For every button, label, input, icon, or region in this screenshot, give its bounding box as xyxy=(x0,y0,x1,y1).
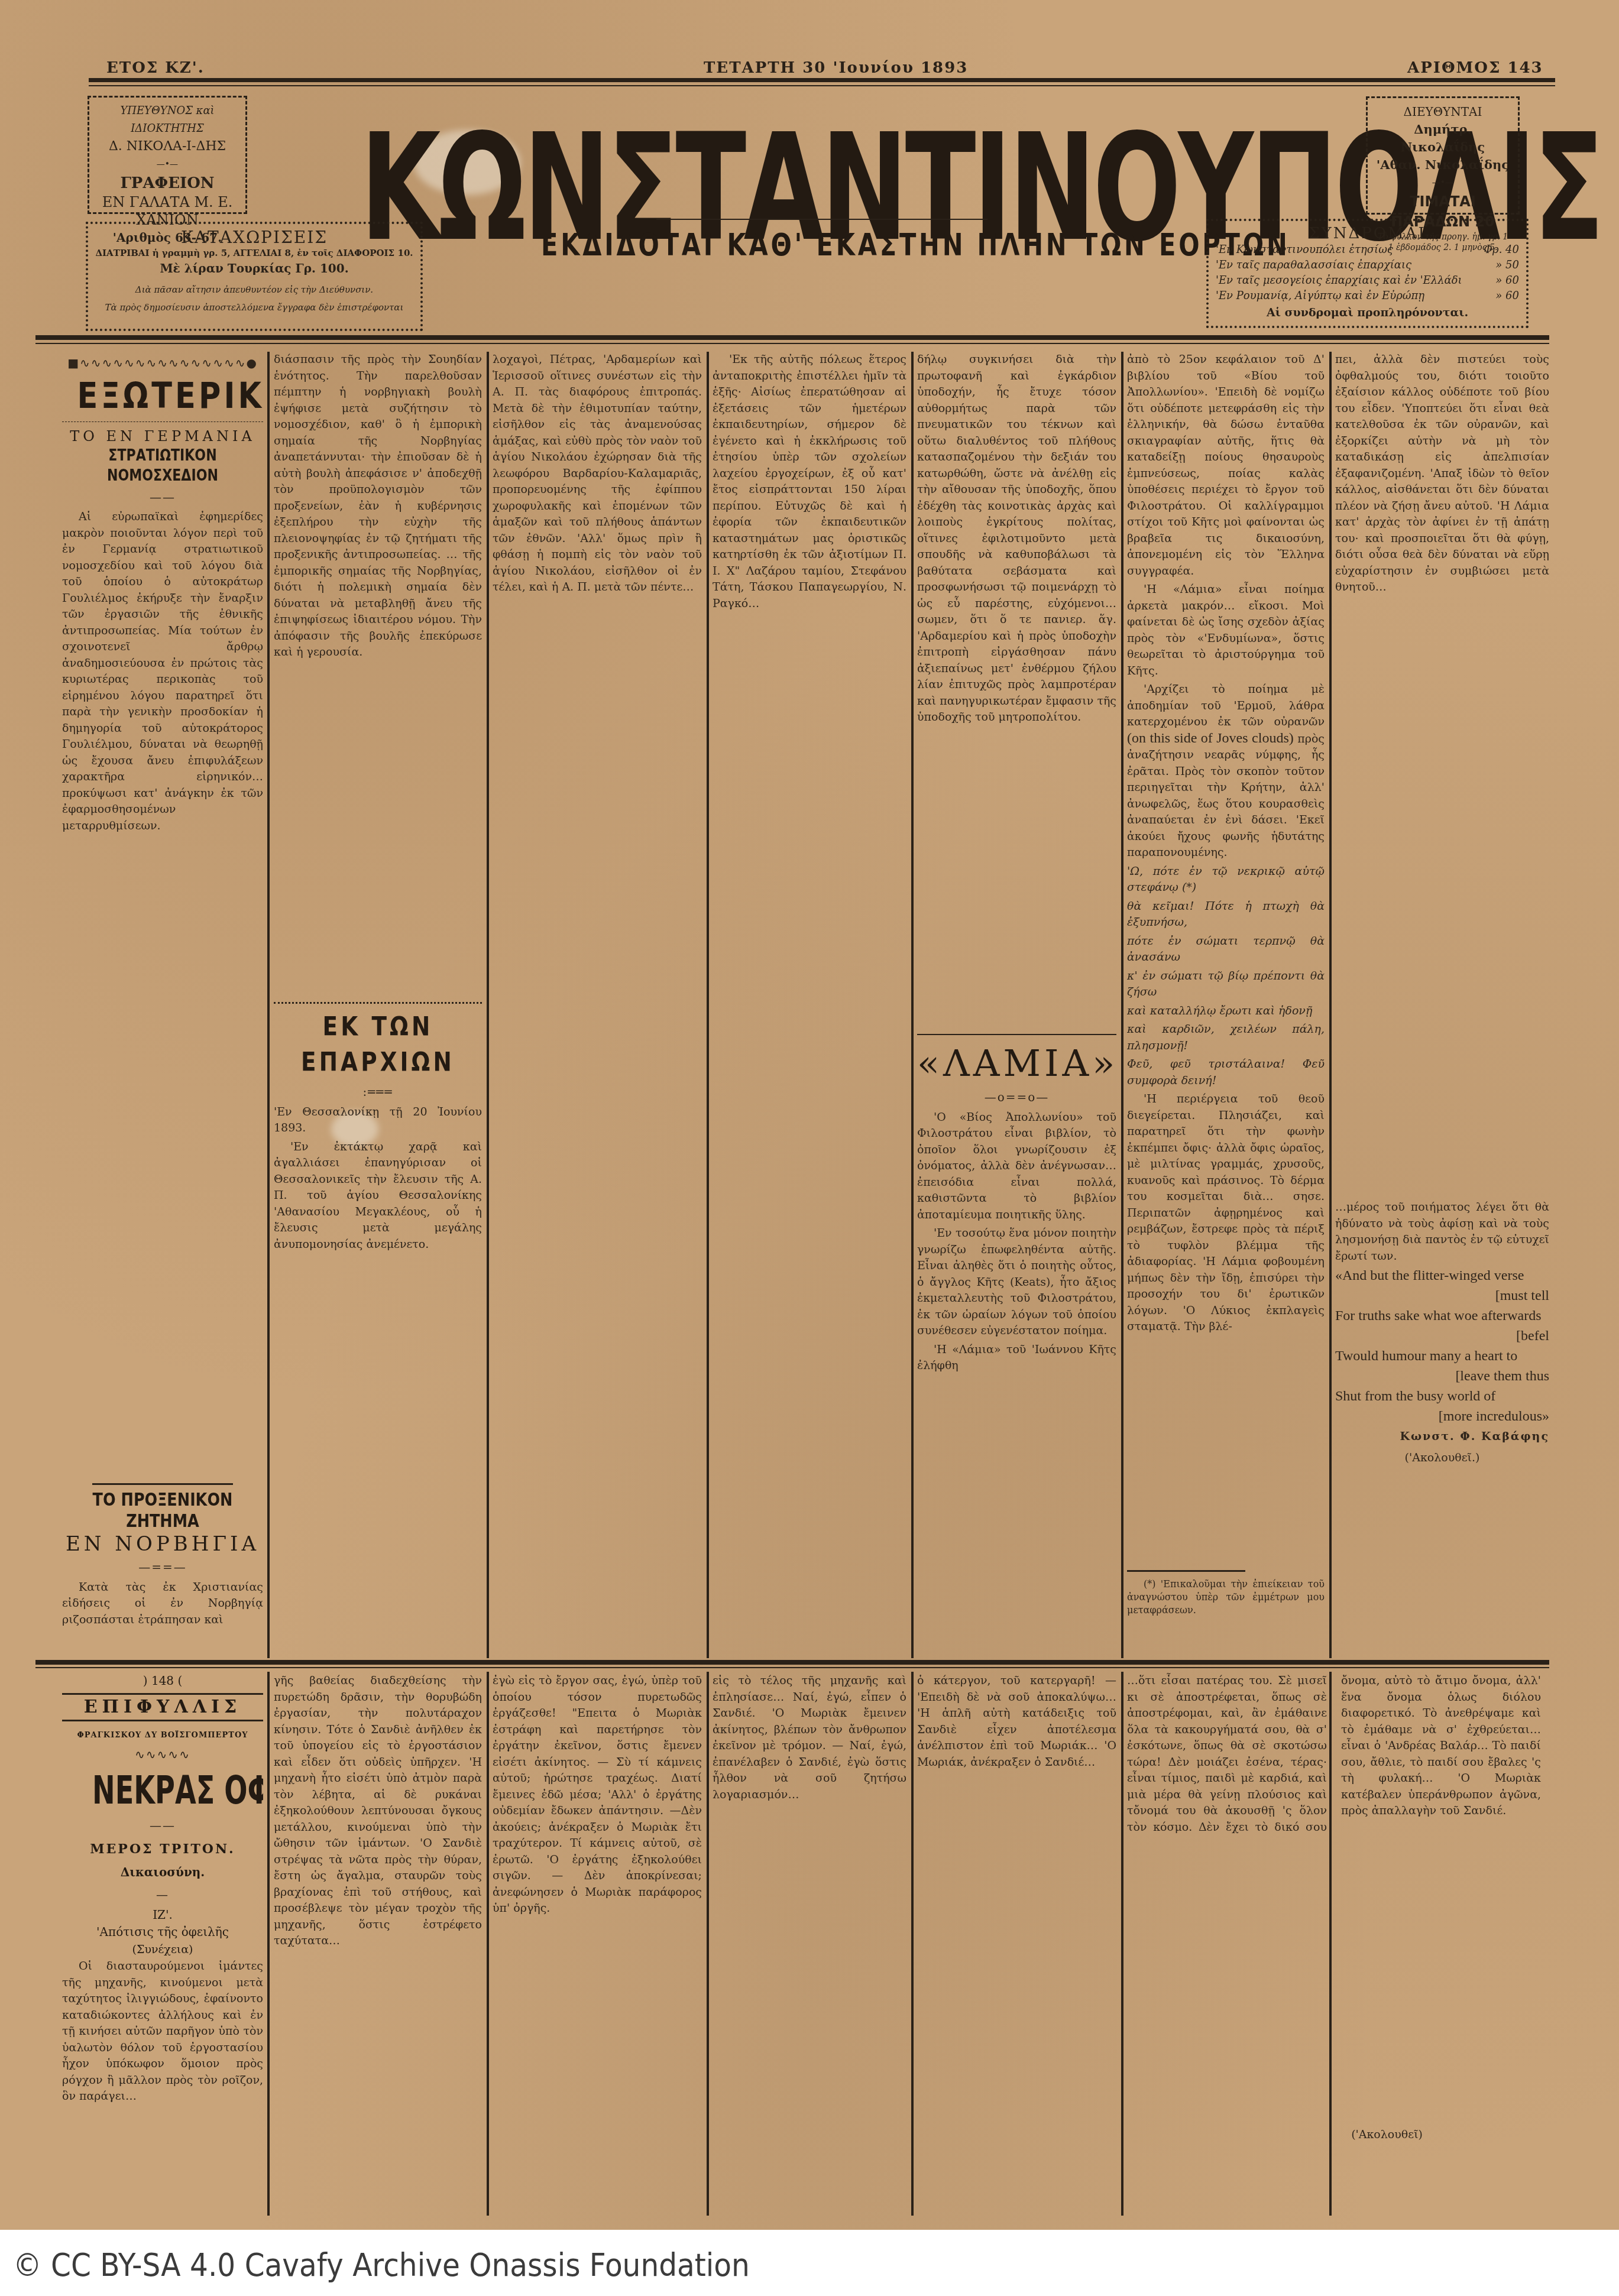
newspaper-page: ΕΤΟΣ ΚΖ'. ΤΕΤΑΡΤΗ 30 'Ιουνίου 1893 ΑΡΙΘΜ… xyxy=(0,0,1619,2230)
continued-note: ('Ακολουθεῖ.) xyxy=(1335,1450,1549,1467)
subscription-row: 'Εν Ρουμανίᾳ, Αἰγύπτῳ καὶ ἐν Εὐρώπῃ» 60 xyxy=(1216,288,1519,304)
verse-line: θὰ κεῖμαι! Πότε ἡ πτωχὴ θὰ ἐξυπνήσω, xyxy=(1127,899,1325,931)
verse-line: καὶ καταλλήλῳ ἔρωτι καὶ ἡδονῇ xyxy=(1127,1003,1325,1020)
advertising-rates-box: ΚΑΤΑΧΩΡΙΣΕΙΣ ΔΙΑΤΡΙΒΑΙ ἡ γραμμὴ γρ. 5, Α… xyxy=(86,222,423,331)
date-label: ΤΕΤΑΡΤΗ 30 'Ιουνίου 1893 xyxy=(704,59,968,77)
feuilleton-label: ΕΠΙΦΥΛΛΙΣ xyxy=(62,1696,263,1718)
column-rule xyxy=(267,1672,270,2216)
verse-line: Φεῦ, φεῦ τριστάλαινα! Φεῦ συμφορὰ δεινή! xyxy=(1127,1056,1325,1089)
column-provinces-2: λοχαγοὶ, Πέτρας, 'Αρδαμερίων καὶ Ἱερισσο… xyxy=(493,352,702,1658)
feuilleton-part: ΜΕΡΟΣ ΤΡΙΤΟΝ. xyxy=(62,1837,263,1861)
article-body: 'Η περιέργεια τοῦ θεοῦ διεγείρεται. Πλησ… xyxy=(1127,1091,1325,1564)
article-body: 'Αρχίζει τὸ ποίημα μὲ ἀποδημίαν τοῦ 'Ερμ… xyxy=(1127,682,1325,861)
column-rule xyxy=(267,352,270,1658)
feuilleton-body: γῆς βαθείας διαδεχθείσης τὴν πυρετώδη δρ… xyxy=(274,1673,482,1950)
headline-germany: ΤΟ ΕΝ ΓΕΡΜΑΝΙΑ xyxy=(62,427,263,446)
ornament-rule xyxy=(656,219,987,220)
director-name: Δημήτρ. Νικολαΐδης xyxy=(1372,121,1513,156)
article-body: διάσπασιν τῆς πρὸς τὴν Σουηδίαν ἑνότητος… xyxy=(274,352,482,996)
english-verse-line: [must tell xyxy=(1335,1287,1549,1305)
article-body: Αἱ εὐρωπαϊκαὶ ἐφημερίδες μακρὸν ποιοῦντα… xyxy=(62,509,263,1478)
chapter-number: ΙΖ'. xyxy=(62,1907,263,1924)
english-verse-line: [leave them thus xyxy=(1335,1367,1549,1385)
article-body: 'Εν ἐκτάκτῳ χαρᾷ καὶ ἀγαλλιάσει ἐπανηγύρ… xyxy=(274,1139,482,1253)
feuilleton-column: γῆς βαθείας διαδεχθείσης τὴν πυρετώδη δρ… xyxy=(274,1673,482,2217)
subscriptions-title: ΣΥΝΔΡΟΜΑΙ xyxy=(1216,225,1519,242)
publisher-box: ΥΠΕΥΘΥΝΟΣ καὶ ΙΔΙΟΚΤΗΤΗΣ Δ. ΝΙΚΟΛΑ-Ι-ΔΗΣ… xyxy=(88,96,247,214)
column-foreign-news: ■∿∿∿∿∿∿∿∿∿∿∿∿∿∿∿● ΕΞΩΤΕΡΙΚΑ ΤΟ ΕΝ ΓΕΡΜΑΝ… xyxy=(62,352,263,1658)
section-rule xyxy=(35,1660,1549,1665)
office-label: ΓΡΑΦΕΙΟΝ xyxy=(94,173,241,193)
director-name: 'Αθαν. Νικολαΐδης xyxy=(1372,156,1513,174)
section-rule xyxy=(35,1667,1549,1668)
verse-line: καὶ καρδιῶν, χειλέων πάλη, πλησμονῇ! xyxy=(1127,1021,1325,1054)
feuilleton-column: ὁ κάτεργον, τοῦ κατεργαρῆ! — 'Επειδὴ δὲ … xyxy=(917,1673,1116,2217)
article-body: 'Εν τοσούτῳ ἕνα μόνον ποιητὴν γνωρίζω ἐπ… xyxy=(917,1225,1116,1340)
feuilleton-body: ἐγὼ εἰς τὸ ἔργον σας, ἐγώ, ὑπὲρ τοῦ ὁποί… xyxy=(493,1673,702,1917)
footnote: (*) 'Επικαλοῦμαι τὴν ἐπιείκειαν τοῦ ἀναγ… xyxy=(1127,1578,1325,1617)
verse-line: κ' ἐν σώματι τῷ βίῳ πρέποντι θὰ ζήσω xyxy=(1127,968,1325,1001)
feuilleton-column: …ὅτι εἶσαι πατέρας του. Σὲ μισεῖ κι σὲ ἀ… xyxy=(1127,1673,1541,2217)
subscription-row: 'Εν Κωνσταντινουπόλει ἐτησίωςΦρ. 40 xyxy=(1216,242,1519,258)
publication-tagline: ΕΚΔΙΔΟΤΑΙ ΚΑΘ' ΕΚΑΣΤΗΝ ΠΛΗΝ ΤΩΝ ΕΟΡΤΩΝ xyxy=(541,228,1085,263)
feuilleton-title: ΝΕΚΡΑΣ ΟΦΕΙΛΗ xyxy=(92,1767,233,1814)
ads-note: Διὰ πᾶσαν αἴτησιν ἀπευθυντέον εἰς τὴν Δι… xyxy=(93,281,416,299)
feuilleton-body: εἰς τὸ τέλος τῆς μηχανῆς καὶ ἐπλησίασε… … xyxy=(713,1673,906,1803)
feuilleton-part-subtitle: Δικαιοσύνη. xyxy=(62,1861,263,1883)
english-verse-line: [more incredulous» xyxy=(1335,1408,1549,1425)
english-verse-line: Shut from the busy world of xyxy=(1335,1387,1549,1405)
column-rule xyxy=(707,352,709,1658)
english-phrase: (on this side of Joves clouds) xyxy=(1127,731,1294,746)
article-body: λοχαγοὶ, Πέτρας, 'Αρδαμερίων καὶ Ἱερισσο… xyxy=(493,352,702,596)
article-body: …μέρος τοῦ ποιήματος λέγει ὅτι θὰ ἠδύνατ… xyxy=(1335,1199,1549,1264)
column-lamia-3: πει, ἀλλὰ δὲν πιστεύει τοὺς ὀφθαλμούς το… xyxy=(1335,352,1549,1658)
column-rule xyxy=(911,352,914,1658)
headline-consular-question: ΤΟ ΠΡΟΞΕΝΙΚΟΝ ΖΗΤΗΜΑ xyxy=(77,1490,248,1532)
english-verse-line: For truths sake what woe afterwards xyxy=(1335,1307,1549,1325)
section-rule xyxy=(35,343,1549,344)
column-rule xyxy=(1329,352,1332,1658)
directors-label: ΔΙΕΥΘΥΝΤΑΙ xyxy=(1372,103,1513,121)
issue-number: ΑΡΙΘΜΟΣ 143 xyxy=(1407,59,1543,77)
masthead-rule xyxy=(89,78,1555,82)
publisher-name: Δ. ΝΙΚΟΛΑ-Ι-ΔΗΣ xyxy=(94,138,241,155)
article-body: 'Ο «Βίος Ἀπολλωνίου» τοῦ Φιλοστράτου εἶν… xyxy=(917,1110,1116,1224)
subscription-row: 'Εν ταῖς παραθαλασσίαις ἐπαρχίαις» 50 xyxy=(1216,258,1519,273)
feuilleton-author: ΦΡΑΓΚΙΣΚΟΥ ΔΥ ΒΟΪΣΓΟΜΠΕΡΤΟΥ xyxy=(62,1727,263,1744)
subscription-row: 'Εν ταῖς μεσογείοις ἐπαρχίαις καὶ ἐν 'Ελ… xyxy=(1216,273,1519,288)
author-signature: Κωνστ. Φ. Καβάφης xyxy=(1335,1429,1549,1445)
year-label: ΕΤΟΣ ΚΖ'. xyxy=(106,59,205,77)
headline-military-bill: ΣΤΡΑΤΙΩΤΙΚΟΝ ΝΟΜΟΣΧΕΔΙΟΝ xyxy=(77,446,248,486)
english-verse-line: «And but the flitter-winged verse xyxy=(1335,1267,1549,1285)
continued-note: ('Ακολουθεῖ) xyxy=(1127,2127,1541,2143)
article-body: Κατὰ τὰς ἐκ Χριστιανίας εἰδήσεις οἱ ἐν Ν… xyxy=(62,1580,263,1629)
article-body: ἀπὸ τὸ 25ον κεφάλαιον τοῦ Δ' βιβλίου τοῦ… xyxy=(1127,352,1325,579)
headline-norway: ΕΝ ΝΟΡΒΗΓΙΑ xyxy=(62,1532,263,1556)
column-rule xyxy=(911,1672,914,2216)
english-verse-line: [befel xyxy=(1335,1327,1549,1345)
section-rule xyxy=(35,335,1549,340)
feuilleton-number: ) 148 ( xyxy=(62,1673,263,1689)
subscriptions-note: Αἱ συνδρομαὶ προπληρόνονται. xyxy=(1216,304,1519,322)
masthead-rule xyxy=(89,85,1555,86)
column-rule xyxy=(487,1672,489,2216)
column-provinces-3: 'Εκ τῆς αὐτῆς πόλεως ἕτερος ἀνταποκριτὴς… xyxy=(713,352,906,1658)
column-lamia-2: ἀπὸ τὸ 25ον κεφάλαιον τοῦ Δ' βιβλίου τοῦ… xyxy=(1127,352,1325,1658)
verse-line: πότε ἐν σώματι τερπνῷ θὰ ἀνασάνω xyxy=(1127,933,1325,966)
column-rule xyxy=(1121,1672,1123,2216)
article-body: πει, ἀλλὰ δὲν πιστεύει τοὺς ὀφθαλμούς το… xyxy=(1335,352,1549,1197)
directors-box: ΔΙΕΥΘΥΝΤΑΙ Δημήτρ. Νικολαΐδης 'Αθαν. Νικ… xyxy=(1366,96,1520,215)
english-verse-block: «And but the flitter-winged verse[must t… xyxy=(1335,1267,1549,1425)
ads-lira: Μὲ λίραν Τουρκίας Γρ. 100. xyxy=(93,260,416,277)
section-title-foreign: ΕΞΩΤΕΡΙΚΑ xyxy=(77,375,248,417)
article-body: 'Η «Λάμια» τοῦ 'Ιωάννου Κῆτς ἐλήφθη xyxy=(917,1342,1116,1374)
ads-note: Τὰ πρὸς δημοσίευσιν ἀποστελλόμενα ἔγγραφ… xyxy=(93,299,416,316)
chapter-title: 'Απότισις τῆς ὀφειλῆς xyxy=(62,1923,263,1941)
publisher-role: ΥΠΕΥΘΥΝΟΣ καὶ ΙΔΙΟΚΤΗΤΗΣ xyxy=(94,102,241,138)
column-lamia-1: δήλῳ συγκινήσει διὰ τὴν πρωτοφανῆ καὶ ἐγ… xyxy=(917,352,1116,1658)
continuation-note: (Συνέχεια) xyxy=(62,1941,263,1958)
column-rule xyxy=(707,1672,709,2216)
column-rule xyxy=(487,352,489,1658)
article-body: δήλῳ συγκινήσει διὰ τὴν πρωτοφανῆ καὶ ἐγ… xyxy=(917,352,1116,1026)
feuilleton-body: ὁ κάτεργον, τοῦ κατεργαρῆ! — 'Επειδὴ δὲ … xyxy=(917,1673,1116,1770)
ads-rates: ΔΙΑΤΡΙΒΑΙ ἡ γραμμὴ γρ. 5, ΑΓΓΕΛΙΑΙ 8, ἐν… xyxy=(93,247,416,260)
article-body: 'Εκ τῆς αὐτῆς πόλεως ἕτερος ἀνταποκριτὴς… xyxy=(713,352,906,612)
english-verse-line: Twould humour many a heart to xyxy=(1335,1347,1549,1365)
column-rule xyxy=(1121,352,1123,1658)
section-title-provinces: ΕΚ ΤΩΝ ΕΠΑΡΧΙΩΝ xyxy=(289,1010,466,1081)
feuilleton-header-column: ) 148 ( ΕΠΙΦΥΛΛΙΣ ΦΡΑΓΚΙΣΚΟΥ ΔΥ ΒΟΪΣΓΟΜΠ… xyxy=(62,1673,263,2217)
dateline: 'Εν Θεσσαλονίκῃ τῇ 20 Ἰουνίου 1893. xyxy=(274,1104,482,1137)
column-norway-provinces: διάσπασιν τῆς πρὸς τὴν Σουηδίαν ἑνότητος… xyxy=(274,352,482,1658)
feuilleton-body: Οἱ διασταυρούμενοι ἱμάντες τῆς μηχανῆς, … xyxy=(62,1958,263,2105)
feuilleton-column: ἐγὼ εἰς τὸ ἔργον σας, ἐγώ, ὑπὲρ τοῦ ὁποί… xyxy=(493,1673,702,2217)
archive-credit: © CC BY-SA 4.0 Cavafy Archive Onassis Fo… xyxy=(13,2246,750,2284)
section-title-lamia: «ΛΑΜΙΑ» xyxy=(917,1041,1116,1086)
ads-title: ΚΑΤΑΧΩΡΙΣΕΙΣ xyxy=(93,229,416,247)
feuilleton-column: εἰς τὸ τέλος τῆς μηχανῆς καὶ ἐπλησίασε… … xyxy=(713,1673,906,2217)
article-body: 'Η «Λάμια» εἶναι ποίημα ἀρκετὰ μακρόν… ε… xyxy=(1127,582,1325,679)
subscriptions-box: ΣΥΝΔΡΟΜΑΙ 'Εν Κωνσταντινουπόλει ἐτησίωςΦ… xyxy=(1206,219,1529,328)
verse-line: 'Ω, πότε ἐν τῷ νεκρικῷ αὐτῷ στεφάνῳ (*) xyxy=(1127,864,1325,896)
feuilleton-body: …ὅτι εἶσαι πατέρας του. Σὲ μισεῖ κι σὲ ἀ… xyxy=(1127,1673,1541,2122)
